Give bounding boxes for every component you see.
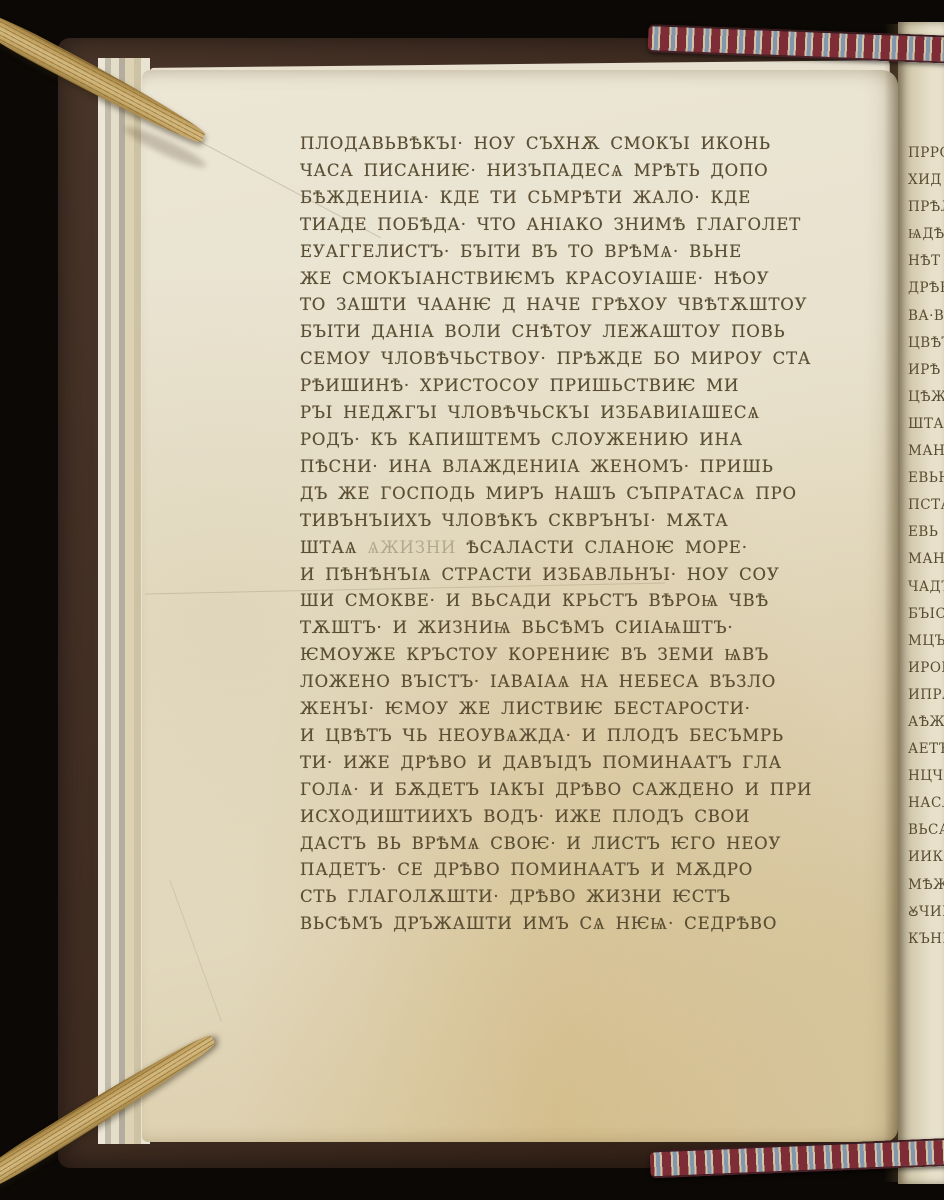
facing-page-fragment: ИИКР — [908, 844, 944, 871]
text-segment: ѤМОУЖЕ КРЪСТОУ КОРЕНИѤ ВЪ ЗЕМИ ѨВЪ — [300, 645, 769, 664]
manuscript-line: ТѪШТЪ· И ЖИЗНИѨ ВЬСѢМЪ СИІАѨШТЪ· — [300, 615, 900, 642]
text-segment: ДЪ ЖЕ ГОСПОДЬ МИРЪ НАШЪ СЪПРАТАСѦ ПРО — [300, 484, 797, 503]
facing-page-fragment: ПСТА — [908, 492, 944, 519]
text-segment: БЪІТИ ДАНІА ВОЛИ СНѢТОУ ЛЕЖАШТОУ ПОВЬ — [300, 322, 785, 341]
facing-page-fragment: ПРѢЛ — [908, 194, 944, 221]
facing-page-fragment: ПРРО — [908, 140, 944, 167]
manuscript-photo: ПЛОДАВЬВѢКЪІ· НОУ СЪХНѪ СМОКЪІ ИКОНЬЧАСА… — [0, 0, 944, 1200]
manuscript-line: ЧАСА ПИСАНИѤ· НИЗЪПАДЕСѦ МРѢТЬ ДОПО — [300, 158, 900, 185]
manuscript-line: ШТАѦ ѦЖИЗНИ ѢСАЛАСТИ СЛАНОѤ МОРЕ· — [300, 535, 900, 562]
text-segment: РѢИШИНѢ· ХРИСТОСОУ ПРИШЬСТВИѤ МИ — [300, 376, 739, 395]
facing-page-fragment: МАНЕБ — [908, 438, 944, 465]
text-segment: ШИ СМОКВЕ· И ВЬСАДИ КРЬСТЪ ВѢРОѨ ЧВѢ — [300, 591, 769, 610]
manuscript-line: ГОЛѦ· И БѪДЕТЪ ІАКЪІ ДРѢВО САЖДЕНО И ПРИ — [300, 777, 900, 804]
facing-page-fragment: КЪНМ — [908, 926, 944, 953]
facing-page-fragment: ИРОН — [908, 655, 944, 682]
facing-page-fragment: ИРѢ — [908, 357, 944, 384]
text-segment: ТИ· ИЖЕ ДРѢВО И ДАВЪІДЪ ПОМИНААТЪ ГЛА — [300, 753, 782, 772]
manuscript-line: БѢЖДЕНИІА· КДЕ ТИ СЬМРѢТИ ЖАЛО· КДЕ — [300, 185, 900, 212]
text-segment: РЪІ НЕДѪГЪІ ЧЛОВѢЧЬСКЪІ ИЗБАВИІАШЕСѦ — [300, 403, 760, 422]
facing-page-fragment: БЪІСТ — [908, 601, 944, 628]
manuscript-line: ШИ СМОКВЕ· И ВЬСАДИ КРЬСТЪ ВѢРОѨ ЧВѢ — [300, 588, 900, 615]
manuscript-line: ТИВЪНЪІИХЪ ЧЛОВѢКЪ СКВРЪНЪІ· МѪТА — [300, 508, 900, 535]
page-edge-layer — [111, 58, 119, 1144]
text-segment: ЖЕ СМОКЪІАНСТВИѤМЪ КРАСОУІАШЕ· НѢОУ — [300, 269, 769, 288]
text-segment: ВЬСѢМЪ ДРЪЖАШТИ ИМЪ СѦ НѤѨ· СЕДРѢВО — [300, 914, 777, 933]
manuscript-line: РЪІ НЕДѪГЪІ ЧЛОВѢЧЬСКЪІ ИЗБАВИІАШЕСѦ — [300, 400, 900, 427]
manuscript-line: ИСХОДИШТИИХЪ ВОДЪ· ИЖЕ ПЛОДЪ СВОИ — [300, 804, 900, 831]
text-segment: ШТАѦ — [300, 538, 368, 557]
text-segment: ЖЕНЪІ· ѤМОУ ЖЕ ЛИСТВИѤ БЕСТАРОСТИ· — [300, 699, 751, 718]
page-edge-layer — [98, 58, 105, 1144]
text-segment: ТИАДЕ ПОБѢДА· ЧТО АНІАКО ЗНИМѢ ГЛАГОЛЕТ — [300, 215, 801, 234]
facing-page-fragment: ВА·ВЫ — [908, 303, 944, 330]
facing-page-fragment: НАСЛА — [908, 790, 944, 817]
text-segment: ПАДЕТЪ· СЕ ДРѢВО ПОМИНААТЪ И МѪДРО — [300, 860, 753, 879]
manuscript-line: БЪІТИ ДАНІА ВОЛИ СНѢТОУ ЛЕЖАШТОУ ПОВЬ — [300, 319, 900, 346]
manuscript-line: ЕУАГГЕЛИСТЪ· БЪІТИ ВЪ ТО ВРѢМѦ· ВЬНЕ — [300, 239, 900, 266]
facing-page-fragment: ꙊЧИН — [908, 899, 944, 926]
manuscript-line: СЕМОУ ЧЛОВѢЧЬСТВОУ· ПРѢЖДЕ БО МИРОУ СТА — [300, 346, 900, 373]
facing-page-fragment: ЦѢЖ — [908, 384, 944, 411]
manuscript-line: ВЬСѢМЪ ДРЪЖАШТИ ИМЪ СѦ НѤѨ· СЕДРѢВО — [300, 911, 900, 938]
text-segment: ДАСТЪ ВЬ ВРѢМѦ СВОѤ· И ЛИСТЪ ѤГО НЕОУ — [300, 834, 781, 853]
page-edge-layer — [125, 58, 134, 1144]
text-segment: СТЬ ГЛАГОЛѪШТИ· ДРѢВО ЖИЗНИ ѤСТЪ — [300, 887, 731, 906]
text-segment: ПѢСНИ· ИНА ВЛАЖДЕНИІА ЖЕНОМЪ· ПРИШЬ — [300, 457, 774, 476]
facing-page-fragment: МЦЪ — [908, 628, 944, 655]
text-segment: ТѪШТЪ· И ЖИЗНИѨ ВЬСѢМЪ СИІАѨШТЪ· — [300, 618, 733, 637]
facing-page-fragment: ХИД — [908, 167, 944, 194]
facing-page-fragment: ЦВѢТ — [908, 330, 944, 357]
text-segment: ЛОЖЕНО ВЪІСТЪ· ІАВАІАѦ НА НЕБЕСА ВЪЗЛО — [300, 672, 776, 691]
facing-page-fragment: ЕВЬНИ — [908, 465, 944, 492]
facing-page-fragment: НѢТ — [908, 248, 944, 275]
text-segment: ИСХОДИШТИИХЪ ВОДЪ· ИЖЕ ПЛОДЪ СВОИ — [300, 807, 750, 826]
facing-page-fragment: НЦЧ — [908, 763, 944, 790]
manuscript-line: ТИАДЕ ПОБѢДА· ЧТО АНІАКО ЗНИМѢ ГЛАГОЛЕТ — [300, 212, 900, 239]
manuscript-line: ДАСТЪ ВЬ ВРѢМѦ СВОѤ· И ЛИСТЪ ѤГО НЕОУ — [300, 831, 900, 858]
facing-page-fragment: ѨДѢМ — [908, 221, 944, 248]
text-segment: СЕМОУ ЧЛОВѢЧЬСТВОУ· ПРѢЖДЕ БО МИРОУ СТА — [300, 349, 811, 368]
manuscript-line: ДЪ ЖЕ ГОСПОДЬ МИРЪ НАШЪ СЪПРАТАСѦ ПРО — [300, 481, 900, 508]
facing-page-fragment: АЕТЪ — [908, 736, 944, 763]
manuscript-line: ТИ· ИЖЕ ДРѢВО И ДАВЪІДЪ ПОМИНААТЪ ГЛА — [300, 750, 900, 777]
facing-page-fragment: ВЬСАВ — [908, 817, 944, 844]
manuscript-line: ЛОЖЕНО ВЪІСТЪ· ІАВАІАѦ НА НЕБЕСА ВЪЗЛО — [300, 669, 900, 696]
page-edge-layer — [134, 58, 141, 1144]
manuscript-line: РОДЪ· КЪ КАПИШТЕМЪ СЛОУЖЕНИЮ ИНА — [300, 427, 900, 454]
manuscript-line: ЖЕ СМОКЪІАНСТВИѤМЪ КРАСОУІАШЕ· НѢОУ — [300, 266, 900, 293]
text-segment: ТИВЪНЪІИХЪ ЧЛОВѢКЪ СКВРЪНЪІ· МѪТА — [300, 511, 729, 530]
manuscript-line: И ЦВѢТЪ ЧЬ НЕОУВѦЖДА· И ПЛОДЪ БЕСЪМРЬ — [300, 723, 900, 750]
manuscript-line: ПѢСНИ· ИНА ВЛАЖДЕНИІА ЖЕНОМЪ· ПРИШЬ — [300, 454, 900, 481]
facing-page-fragment: ШТАГ — [908, 411, 944, 438]
manuscript-line: ЖЕНЪІ· ѤМОУ ЖЕ ЛИСТВИѤ БЕСТАРОСТИ· — [300, 696, 900, 723]
text-segment: БѢЖДЕНИІА· КДЕ ТИ СЬМРѢТИ ЖАЛО· КДЕ — [300, 188, 751, 207]
text-segment: ЕУАГГЕЛИСТЪ· БЪІТИ ВЪ ТО ВРѢМѦ· ВЬНЕ — [300, 242, 742, 261]
manuscript-text-block: ПЛОДАВЬВѢКЪІ· НОУ СЪХНѪ СМОКЪІ ИКОНЬЧАСА… — [300, 131, 900, 938]
erased-text-segment: ѦЖИЗНИ — [368, 538, 457, 557]
manuscript-line: ТО ЗАШТИ ЧААНѤ Д НАЧЕ ГРѢХОУ ЧВѢТѪШТОУ — [300, 292, 900, 319]
facing-page-sliver: ПРРОХИДПРѢЛѨДѢМНѢТДРѢВВА·ВЫЦВѢТИРѢЦѢЖШТА… — [898, 22, 944, 1184]
manuscript-line: ПЛОДАВЬВѢКЪІ· НОУ СЪХНѪ СМОКЪІ ИКОНЬ — [300, 131, 900, 158]
text-segment: ЧАСА ПИСАНИѤ· НИЗЪПАДЕСѦ МРѢТЬ ДОПО — [300, 161, 769, 180]
manuscript-line: И ПѢНѢНЪІѦ СТРАСТИ ИЗБАВЛЬНЪІ· НОУ СОУ — [300, 562, 900, 589]
text-segment: И ЦВѢТЪ ЧЬ НЕОУВѦЖДА· И ПЛОДЪ БЕСЪМРЬ — [300, 726, 784, 745]
text-segment: ГОЛѦ· И БѪДЕТЪ ІАКЪІ ДРѢВО САЖДЕНО И ПРИ — [300, 780, 812, 799]
facing-page-fragment: МѢЖД — [908, 872, 944, 899]
manuscript-line: ѤМОУЖЕ КРЪСТОУ КОРЕНИѤ ВЪ ЗЕМИ ѨВЪ — [300, 642, 900, 669]
facing-page-fragment: ДРѢВ — [908, 275, 944, 302]
facing-page-fragment: АѢЖИ — [908, 709, 944, 736]
facing-page-fragment: МАНЕД — [908, 546, 944, 573]
facing-page-fragment: ЕВЬ З — [908, 519, 944, 546]
manuscript-line: СТЬ ГЛАГОЛѪШТИ· ДРѢВО ЖИЗНИ ѤСТЪ — [300, 884, 900, 911]
facing-page-fragment: ИПРА — [908, 682, 944, 709]
text-segment: ТО ЗАШТИ ЧААНѤ Д НАЧЕ ГРѢХОУ ЧВѢТѪШТОУ — [300, 295, 807, 314]
manuscript-line: РѢИШИНѢ· ХРИСТОСОУ ПРИШЬСТВИѤ МИ — [300, 373, 900, 400]
text-segment: И ПѢНѢНЪІѦ СТРАСТИ ИЗБАВЛЬНЪІ· НОУ СОУ — [300, 565, 780, 584]
text-segment: ѢСАЛАСТИ СЛАНОѤ МОРЕ· — [456, 538, 748, 557]
manuscript-line: ПАДЕТЪ· СЕ ДРѢВО ПОМИНААТЪ И МѪДРО — [300, 857, 900, 884]
facing-page-fragment: ЧАДЪ — [908, 574, 944, 601]
text-segment: РОДЪ· КЪ КАПИШТЕМЪ СЛОУЖЕНИЮ ИНА — [300, 430, 743, 449]
text-segment: ПЛОДАВЬВѢКЪІ· НОУ СЪХНѪ СМОКЪІ ИКОНЬ — [300, 134, 771, 153]
facing-page-text-fragments: ПРРОХИДПРѢЛѨДѢМНѢТДРѢВВА·ВЫЦВѢТИРѢЦѢЖШТА… — [908, 140, 944, 953]
